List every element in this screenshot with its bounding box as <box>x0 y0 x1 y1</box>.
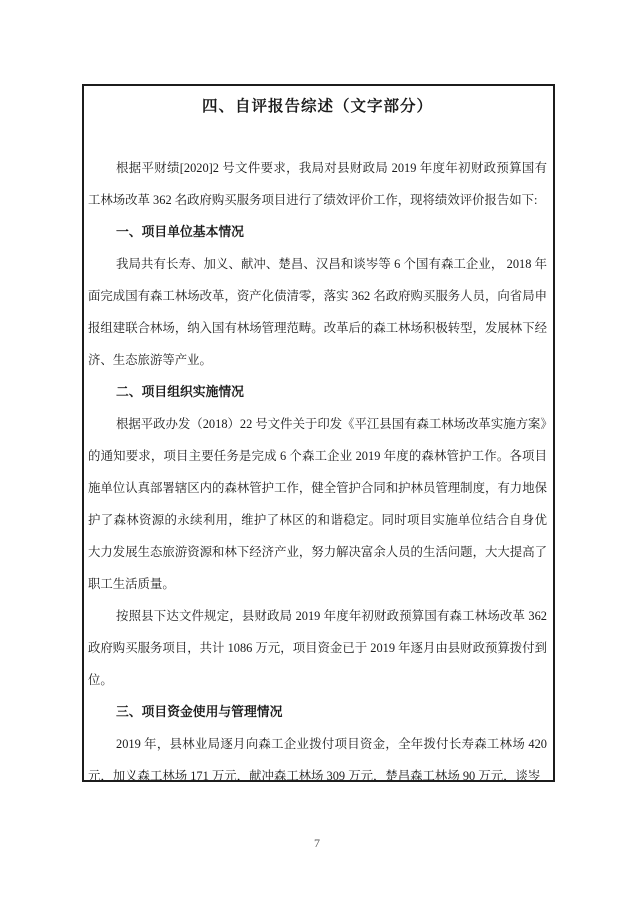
section-heading: 三、项目资金使用与管理情况 <box>88 696 547 728</box>
text-line: 工林场改革 362 名政府购买服务项目进行了绩效评价工作，现将绩效评价报告如下: <box>88 184 547 216</box>
paragraph: 根据平财绩[2020]2 号文件要求，我局对县财政局 2019 年度年初财政预算… <box>88 152 547 216</box>
text-line: 按照县下达文件规定，县财政局 2019 年度年初财政预算国有森工林场改革 362… <box>88 600 547 632</box>
report-border-frame: 四、自评报告综述（文字部分） 根据平财绩[2020]2 号文件要求，我局对县财政… <box>82 84 555 782</box>
paragraph: 我局共有长寿、加义、献冲、楚昌、汉昌和谈岑等 6 个国有森工企业， 2018 年… <box>88 248 547 376</box>
text-line: 施单位认真部署辖区内的森林管护工作，健全管护合同和护林员管理制度，有力地保 <box>88 472 547 504</box>
text-line: 的通知要求，项目主要任务是完成 6 个森工企业 2019 年度的森林管护工作。各… <box>88 440 547 472</box>
text-line: 护了森林资源的永续利用，维护了林区的和谐稳定。同时项目实施单位结合自身优势， <box>88 504 547 536</box>
text-line: 济、生态旅游等产业。 <box>88 344 547 376</box>
text-line: 元，加义森工林场 171 万元，献冲森工林场 309 万元，楚昌森工林场 90 … <box>88 760 547 782</box>
paragraph: 按照县下达文件规定，县财政局 2019 年度年初财政预算国有森工林场改革 362… <box>88 600 547 696</box>
text-line: 2019 年，县林业局逐月向森工企业拨付项目资金，全年拨付长寿森工林场 420 … <box>88 728 547 760</box>
text-line: 位。 <box>88 664 547 696</box>
text-line: 面完成国有森工林场改革，资产化债清零，落实 362 名政府购买服务人员，向省局申 <box>88 280 547 312</box>
text-line: 报组建联合林场，纳入国有林场管理范畴。改革后的森工林场积极转型，发展林下经 <box>88 312 547 344</box>
report-title: 四、自评报告综述（文字部分） <box>88 96 547 118</box>
text-line: 三、项目资金使用与管理情况 <box>88 696 547 728</box>
text-line: 职工生活质量。 <box>88 568 547 600</box>
paragraph: 2019 年，县林业局逐月向森工企业拨付项目资金，全年拨付长寿森工林场 420 … <box>88 728 547 782</box>
paragraph: 根据平政办发（2018）22 号文件关于印发《平江县国有森工林场改革实施方案》的… <box>88 408 547 600</box>
text-line: 根据平政办发（2018）22 号文件关于印发《平江县国有森工林场改革实施方案》 <box>88 408 547 440</box>
text-line: 大力发展生态旅游资源和林下经济产业，努力解决富余人员的生活问题，大大提高了 <box>88 536 547 568</box>
text-line: 我局共有长寿、加义、献冲、楚昌、汉昌和谈岑等 6 个国有森工企业， 2018 年… <box>88 248 547 280</box>
text-line: 一、项目单位基本情况 <box>88 216 547 248</box>
page-number: 7 <box>0 835 634 851</box>
section-heading: 一、项目单位基本情况 <box>88 216 547 248</box>
report-body: 根据平财绩[2020]2 号文件要求，我局对县财政局 2019 年度年初财政预算… <box>88 152 547 782</box>
text-line: 二、项目组织实施情况 <box>88 376 547 408</box>
text-line: 根据平财绩[2020]2 号文件要求，我局对县财政局 2019 年度年初财政预算… <box>88 152 547 184</box>
text-line: 政府购买服务项目，共计 1086 万元，项目资金已于 2019 年逐月由县财政预… <box>88 632 547 664</box>
section-heading: 二、项目组织实施情况 <box>88 376 547 408</box>
